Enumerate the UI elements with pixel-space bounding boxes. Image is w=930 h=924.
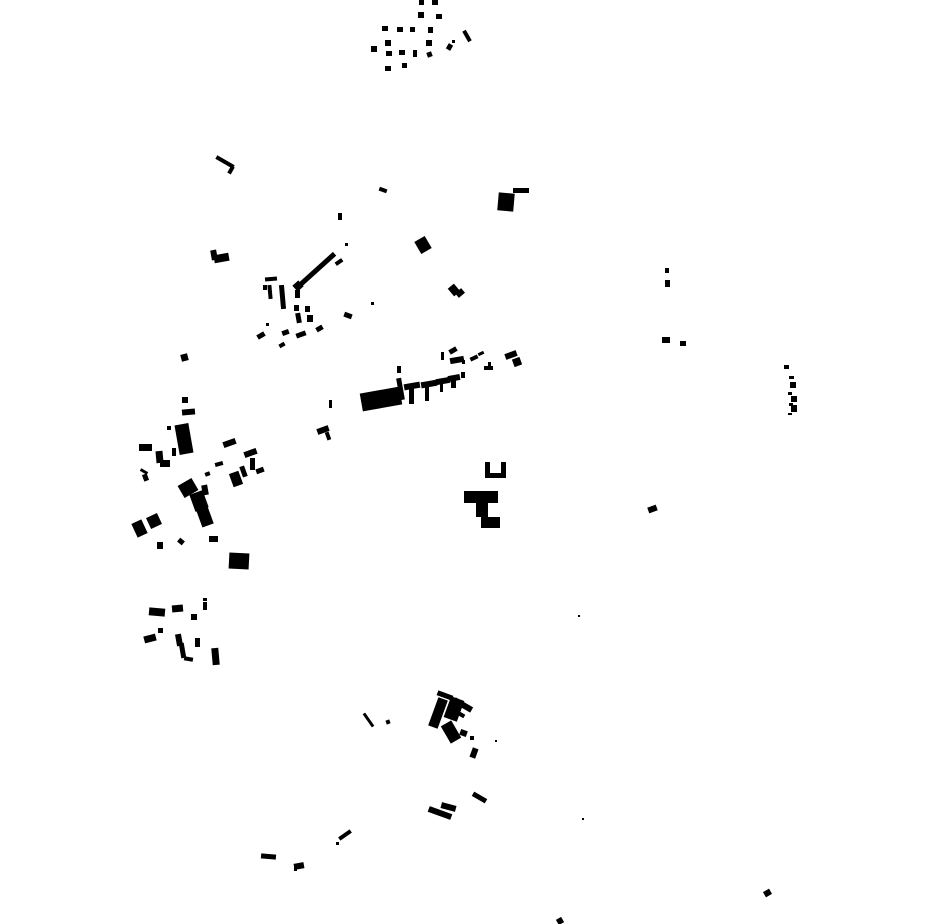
building-footprint [149, 607, 166, 616]
building-footprint [157, 542, 163, 549]
building-footprint [476, 503, 488, 517]
building-footprint [371, 302, 374, 305]
building-footprint [158, 628, 163, 633]
building-footprint [409, 388, 414, 404]
building-footprint [436, 14, 442, 19]
map-canvas [0, 0, 930, 924]
building-footprint [167, 426, 171, 430]
building-footprint [461, 372, 465, 378]
building-footprint [172, 448, 176, 456]
building-footprint [172, 605, 184, 613]
building-footprint [371, 46, 377, 52]
building-footprint [791, 396, 797, 402]
building-footprint [418, 12, 424, 18]
building-footprint [338, 213, 342, 220]
building-footprint [488, 362, 491, 366]
building-footprint [432, 0, 438, 5]
building-footprint [195, 638, 200, 647]
building-footprint [399, 50, 405, 55]
building-footprint [419, 0, 424, 5]
building-footprint [426, 40, 432, 46]
building-footprint [385, 66, 391, 71]
building-footprint [385, 40, 391, 46]
building-footprint [413, 50, 417, 57]
building-footprint [191, 614, 197, 620]
building-footprint [665, 268, 669, 273]
building-footprint [263, 285, 267, 290]
building-footprint [451, 378, 456, 388]
building-footprint [266, 323, 269, 326]
building-footprint [329, 400, 332, 408]
building-footprint [182, 397, 188, 403]
building-footprint [182, 408, 195, 415]
building-footprint [464, 491, 498, 503]
building-footprint-map [0, 0, 930, 924]
building-footprint [790, 382, 796, 388]
building-footprint [484, 366, 493, 370]
building-footprint [229, 552, 250, 569]
building-footprint [209, 536, 218, 542]
building-footprint [789, 376, 794, 379]
building-footprint [513, 188, 529, 193]
building-footprint [397, 366, 401, 373]
building-footprint [462, 360, 465, 364]
building-footprint [582, 818, 584, 820]
building-footprint [788, 413, 792, 415]
building-footprint [791, 405, 797, 412]
building-footprint [452, 40, 455, 43]
building-footprint [662, 337, 670, 343]
building-footprint [788, 392, 792, 395]
building-footprint [307, 315, 313, 322]
building-footprint [250, 458, 255, 470]
building-footprint [139, 444, 152, 451]
building-footprint [440, 382, 443, 392]
building-footprint [397, 27, 403, 32]
building-footprint [211, 648, 219, 666]
map-background [0, 0, 930, 924]
building-footprint [203, 602, 207, 610]
building-footprint [410, 27, 415, 32]
building-footprint [485, 473, 506, 478]
building-footprint [784, 365, 789, 369]
building-footprint [294, 866, 297, 871]
building-footprint [665, 280, 670, 287]
building-footprint [295, 290, 300, 298]
building-footprint [680, 341, 686, 346]
building-footprint [441, 352, 444, 360]
building-footprint [345, 243, 348, 246]
building-footprint [578, 615, 580, 617]
building-footprint [425, 385, 429, 401]
building-footprint [495, 740, 497, 742]
building-footprint [428, 27, 433, 33]
building-footprint [203, 598, 207, 601]
building-footprint [497, 192, 515, 211]
building-footprint [470, 736, 474, 740]
building-footprint [481, 517, 500, 528]
building-footprint [160, 460, 170, 467]
building-footprint [294, 305, 299, 311]
building-footprint [402, 63, 407, 68]
building-footprint [305, 306, 310, 312]
building-footprint [336, 842, 339, 845]
building-footprint [382, 26, 388, 31]
building-footprint [386, 51, 392, 56]
